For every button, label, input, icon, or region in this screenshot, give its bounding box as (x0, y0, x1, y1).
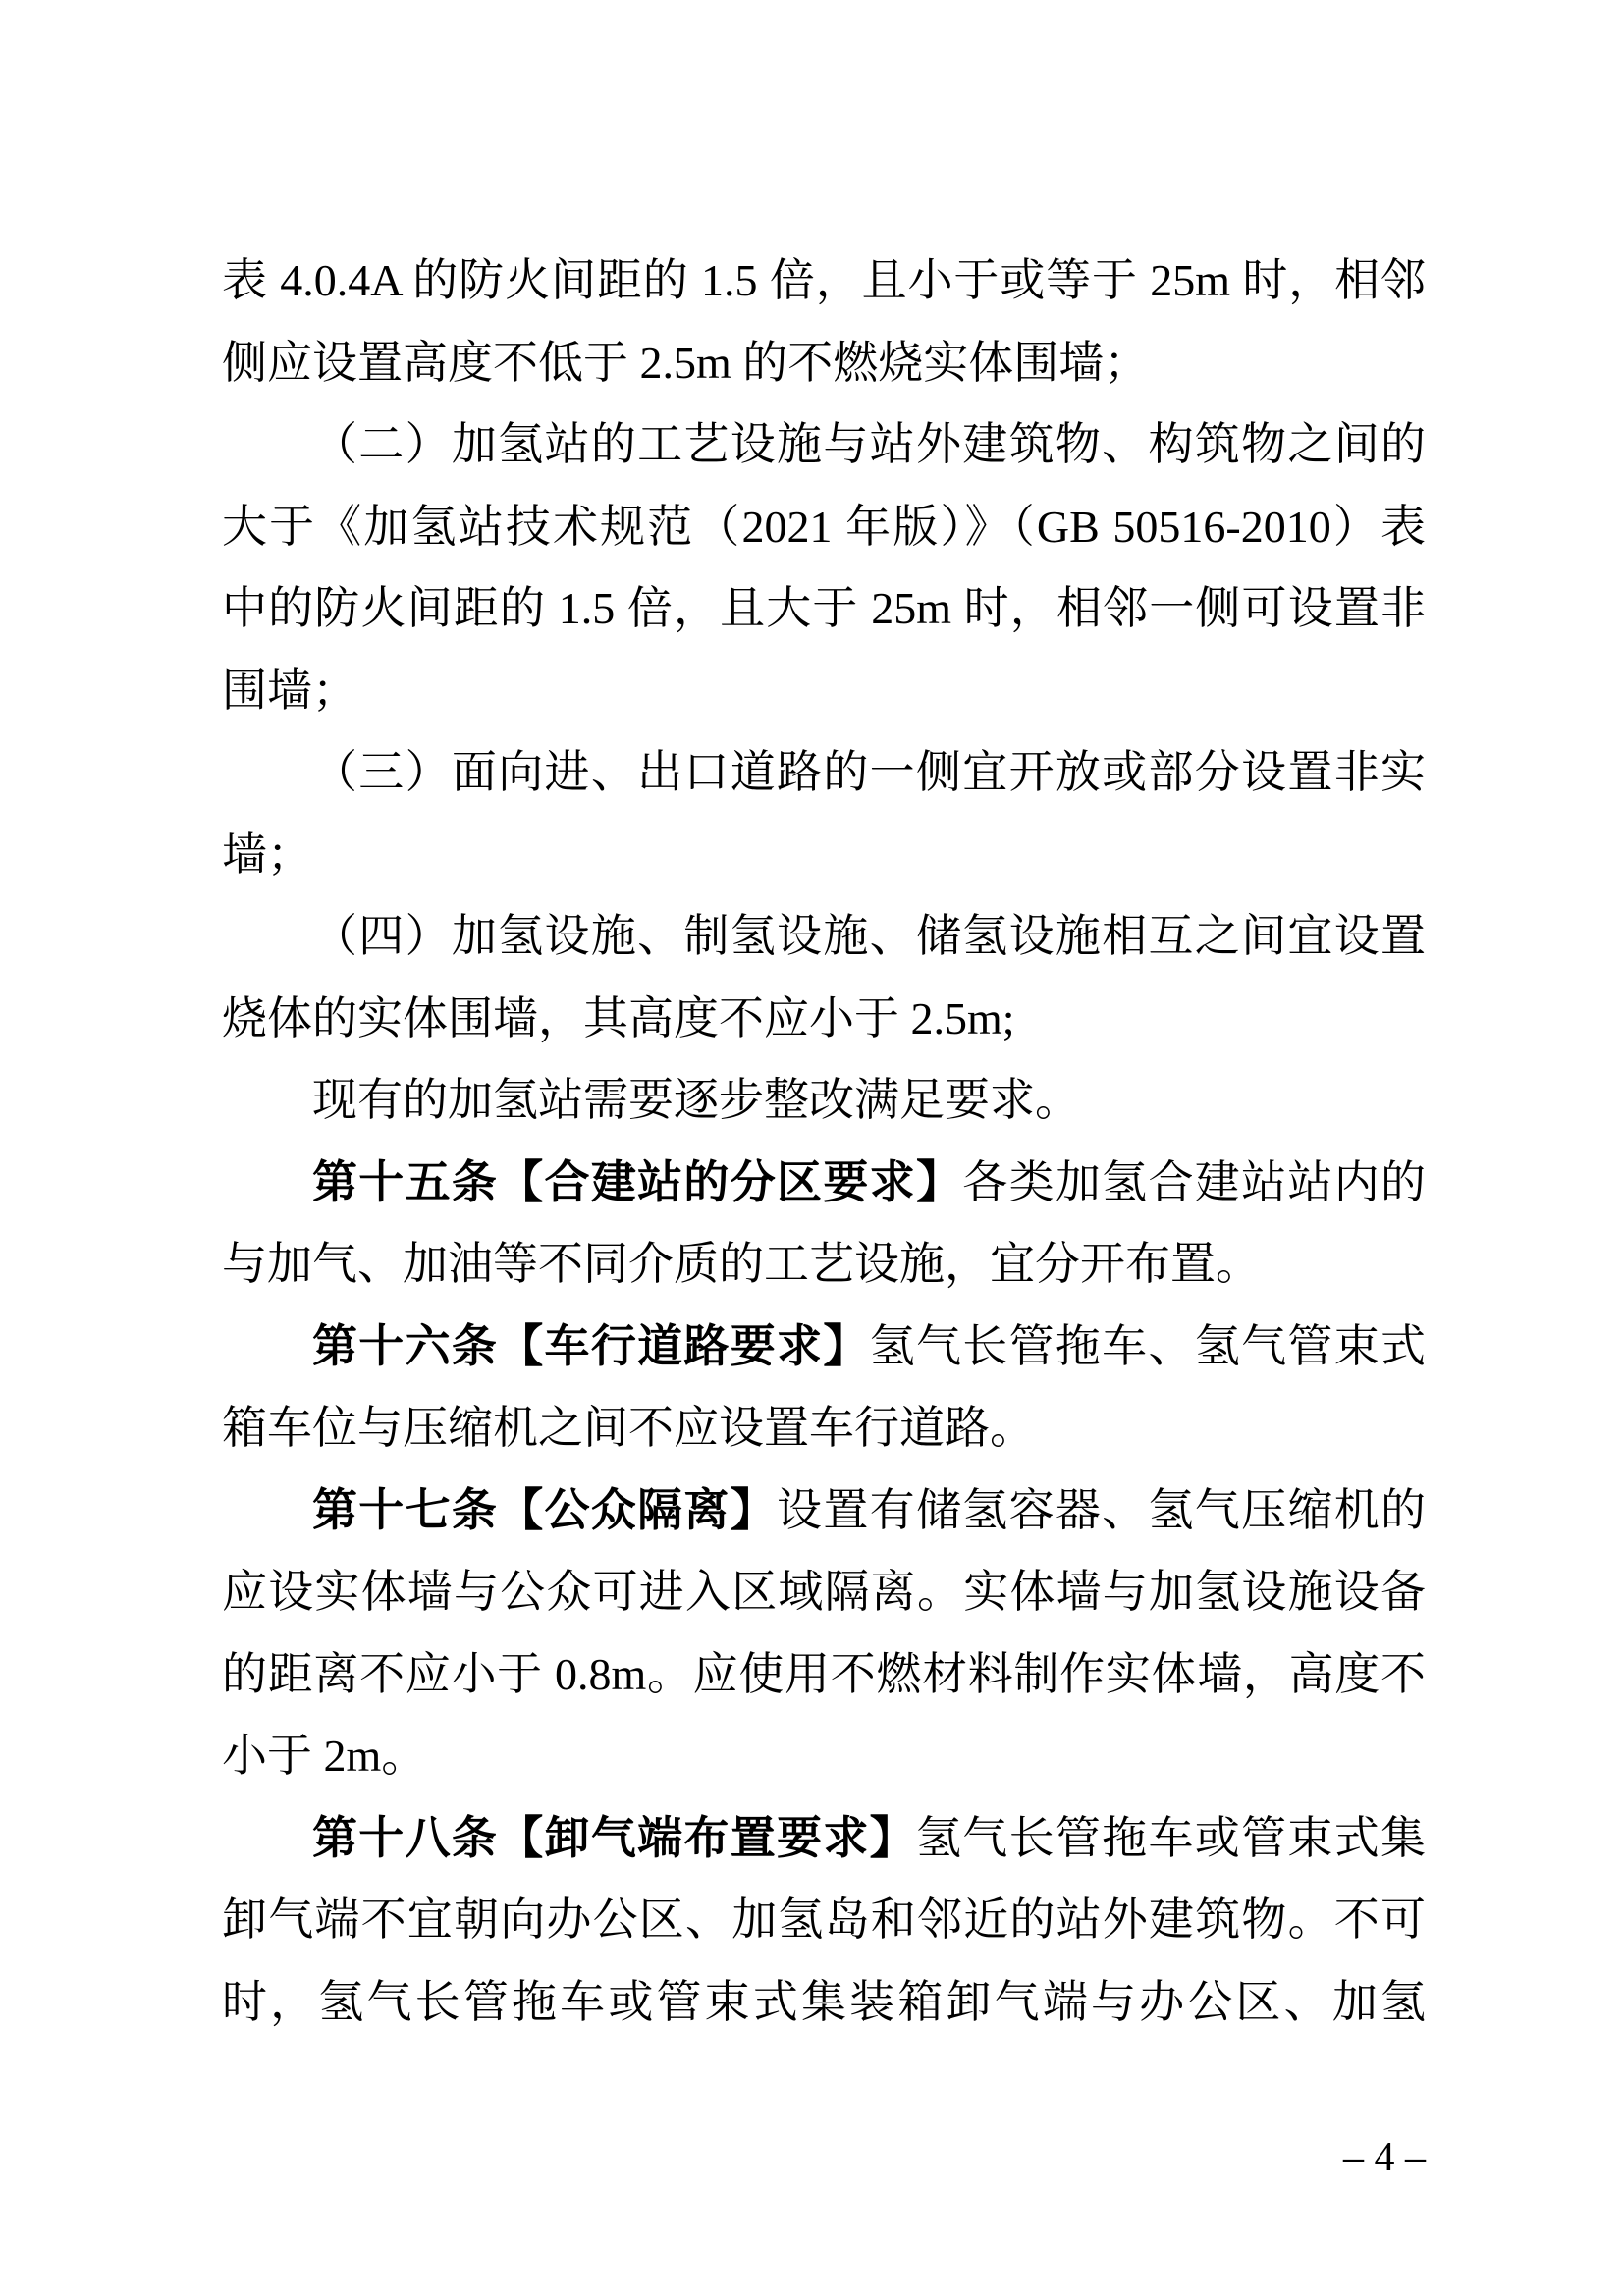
text-line: 卸气端不宜朝向办公区、加氢岛和邻近的站外建筑物。不可避免 (222, 1879, 1426, 1961)
article-heading: 第十五条【合建站的分区要求】 (312, 1156, 962, 1207)
text-line: 时，氢气长管拖车或管束式集装箱卸气端与办公区、加氢岛、邻 (222, 1961, 1426, 2044)
line-text: 卸气端不宜朝向办公区、加氢岛和邻近的站外建筑物。不可避免 (222, 1895, 1426, 1961)
line-text: 的距离不应小于 0.8m。应使用不燃材料制作实体墙，高度不应 (222, 1649, 1426, 1716)
line-text: 现有的加氢站需要逐步整改满足要求。 (312, 1075, 1080, 1125)
text-line: 的距离不应小于 0.8m。应使用不燃材料制作实体墙，高度不应 (222, 1633, 1426, 1716)
line-text: （三）面向进、出口道路的一侧宜开放或部分设置非实体围 (222, 747, 1426, 814)
text-line: 应设实体墙与公众可进入区域隔离。实体墙与加氢设施设备之间 (222, 1551, 1426, 1633)
line-text: 围墙； (222, 666, 357, 716)
line-text: 表 4.0.4A 的防火间距的 1.5 倍，且小于或等于 25m 时，相邻一 (222, 255, 1426, 322)
article-heading: 第十七条【公众隔离】 (312, 1484, 777, 1535)
line-text: 中的防火间距的 1.5 倍，且大于 25m 时，相邻一侧可设置非实体 (222, 583, 1426, 650)
line-text: 时，氢气长管拖车或管束式集装箱卸气端与办公区、加氢岛、邻 (222, 1977, 1426, 2044)
line-text: 墙； (222, 829, 312, 880)
article-heading: 第十八条【卸气端布置要求】 (312, 1812, 916, 1863)
text-line: 第十六条【车行道路要求】氢气长管拖车、氢气管束式集装 (222, 1306, 1426, 1388)
text-line: 第十八条【卸气端布置要求】氢气长管拖车或管束式集装箱 (222, 1797, 1426, 1880)
line-text: （二）加氢站的工艺设施与站外建筑物、构筑物之间的距离 (222, 419, 1426, 486)
line-text: 小于 2m。 (222, 1731, 426, 1781)
text-line: 大于《加氢站技术规范（2021 年版）》（GB 50516-2010）表 4.0… (222, 486, 1426, 568)
text-line: 中的防火间距的 1.5 倍，且大于 25m 时，相邻一侧可设置非实体 (222, 567, 1426, 650)
text-line: 围墙； (222, 650, 1426, 732)
page-number: – 4 – (1343, 2128, 1426, 2187)
article-heading: 第十六条【车行道路要求】 (312, 1320, 870, 1371)
body-text: 表 4.0.4A 的防火间距的 1.5 倍，且小于或等于 25m 时，相邻一 侧… (222, 240, 1426, 2043)
text-line: 侧应设置高度不低于 2.5m 的不燃烧实体围墙； (222, 322, 1426, 404)
text-line: （三）面向进、出口道路的一侧宜开放或部分设置非实体围 (222, 731, 1426, 814)
line-text: 与加气、加油等不同介质的工艺设施，宜分开布置。 (222, 1239, 1261, 1289)
text-line: 第十五条【合建站的分区要求】各类加氢合建站站内的加氢 (222, 1142, 1426, 1224)
text-line: （二）加氢站的工艺设施与站外建筑物、构筑物之间的距离 (222, 403, 1426, 486)
text-line: 表 4.0.4A 的防火间距的 1.5 倍，且小于或等于 25m 时，相邻一 (222, 240, 1426, 322)
text-line: 第十七条【公众隔离】设置有储氢容器、氢气压缩机的区域 (222, 1469, 1426, 1552)
text-line: 烧体的实体围墙，其高度不应小于 2.5m; (222, 978, 1426, 1060)
text-line: 墙； (222, 814, 1426, 896)
document-page: 表 4.0.4A 的防火间距的 1.5 倍，且小于或等于 25m 时，相邻一 侧… (0, 0, 1624, 2296)
line-text: （四）加氢设施、制氢设施、储氢设施相互之间宜设置不燃 (222, 911, 1426, 978)
text-line: 与加气、加油等不同介质的工艺设施，宜分开布置。 (222, 1223, 1426, 1306)
text-line: 小于 2m。 (222, 1715, 1426, 1797)
text-line: 现有的加氢站需要逐步整改满足要求。 (222, 1059, 1426, 1142)
line-text: 大于《加氢站技术规范（2021 年版）》（GB 50516-2010）表 4.0… (222, 502, 1426, 568)
line-text: 箱车位与压缩机之间不应设置车行道路。 (222, 1403, 1035, 1453)
text-line: （四）加氢设施、制氢设施、储氢设施相互之间宜设置不燃 (222, 895, 1426, 978)
line-text: 应设实体墙与公众可进入区域隔离。实体墙与加氢设施设备之间 (222, 1567, 1426, 1633)
line-text: 烧体的实体围墙，其高度不应小于 2.5m; (222, 993, 1015, 1043)
text-line: 箱车位与压缩机之间不应设置车行道路。 (222, 1387, 1426, 1469)
line-text: 侧应设置高度不低于 2.5m 的不燃烧实体围墙； (222, 338, 1149, 388)
